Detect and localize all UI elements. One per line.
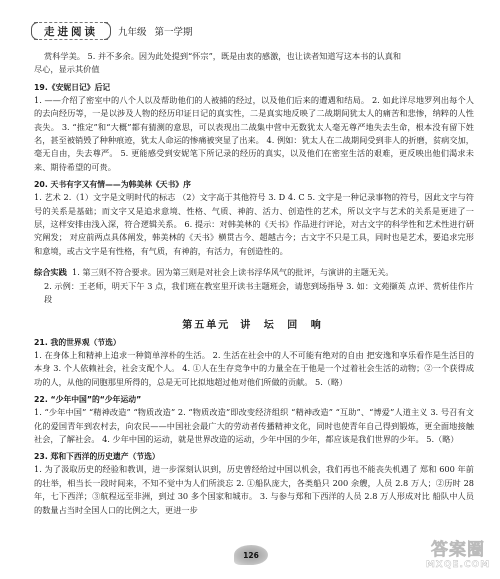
practice-line-2: 2. 示例：王老师，明天下午 3 点，我们班在教室里开读书主题班会，请您到场指导… [34, 280, 474, 307]
section-19-body: 1. ——介绍了密室中的八个人以及帮助他们的人被捕的经过，以及他们后来的遭遇和结… [34, 94, 474, 174]
term-label: 第一学期 [155, 27, 193, 38]
section-21-body: 1. 在身体上和精神上追求一种简单淳朴的生活。 2. 生活在社会中的人不可能有绝… [34, 349, 474, 389]
series-brand: 走进阅读 [34, 22, 108, 40]
section-22-title: 22. “少年中国”的“少年运动” [34, 393, 474, 406]
running-header: 走进阅读 九年级第一学期 [34, 22, 193, 40]
unit-name: 讲 坛 回 响 [240, 320, 325, 331]
watermark: 答案圈 MXQE.COM [418, 535, 498, 570]
section-19-title: 19.《安妮日记》后记 [34, 81, 474, 94]
watermark-url: MXQE.COM [418, 560, 498, 570]
section-20-title: 20. 天书有字又有情——为韩美林《天书》序 [34, 178, 474, 191]
unit-number: 第五单元 [182, 320, 230, 331]
section-23-title: 23. 郑和下西洋的历史遗产（节选） [34, 450, 474, 463]
page-body: 赏科学美。 5. 并不多余。因为此处提到“怀宗”，既是由衷的感激，也让读者知道写… [34, 50, 474, 517]
intro-line-2: 尽心，显示其价值 [34, 63, 474, 76]
practice-text-1: 1. 第三则不符合要求。因为第三则是对社会上读书浮华风气的批评，与演讲的主题无关… [72, 267, 394, 277]
practice-label: 综合实践 [34, 267, 67, 277]
practice-line-1: 综合实践 1. 第三则不符合要求。因为第三则是对社会上读书浮华风气的批评，与演讲… [34, 266, 474, 279]
intro-line-1: 赏科学美。 5. 并不多余。因为此处提到“怀宗”，既是由衷的感激，也让读者知道写… [34, 50, 474, 63]
section-21-title: 21. 我的世界观（节选） [34, 336, 474, 349]
spacer [34, 258, 474, 266]
unit-title: 第五单元讲 坛 回 响 [34, 319, 474, 332]
section-23-body: 1. 为了汲取历史的经验和教训，进一步深刻认识到，历史曾经给过中国以机会，我们再… [34, 463, 474, 517]
watermark-logo: 答案圈 [418, 535, 498, 560]
grade-term: 九年级第一学期 [118, 24, 193, 38]
page-number: 126 [234, 545, 268, 565]
section-22-body: 1. “少年中国” “精神改造” “物质改造” 2. “物质改造”即改变经济组织… [34, 406, 474, 446]
grade-label: 九年级 [118, 27, 147, 38]
section-20-body: 1. 艺术 2.（1）文字是文明时代的标志 （2）文字高于其他符号 3. D 4… [34, 191, 474, 258]
